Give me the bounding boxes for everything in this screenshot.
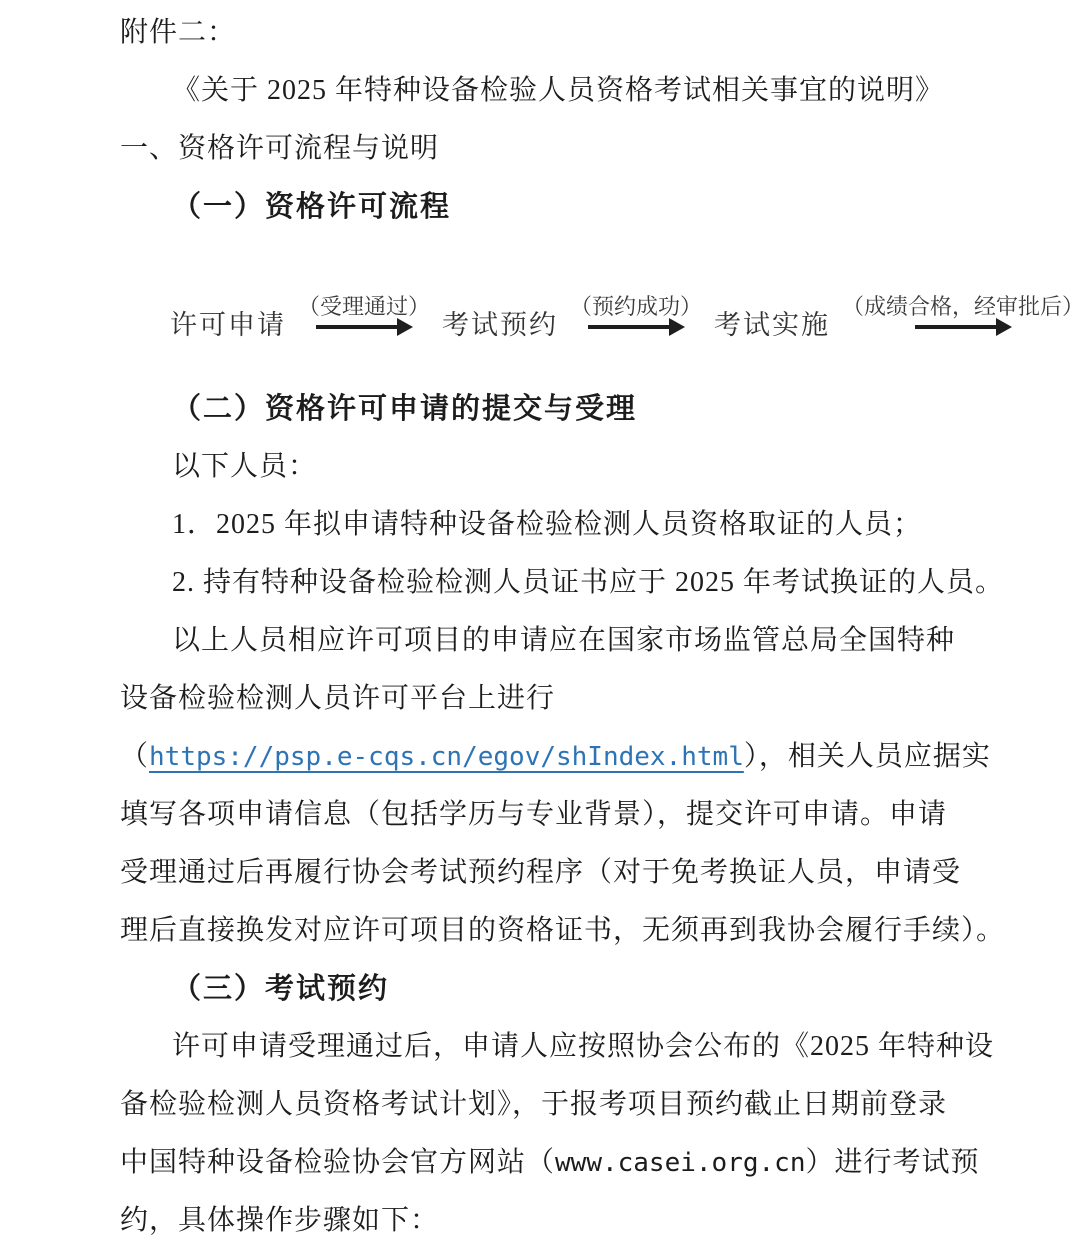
paragraph-3-line-3-prefix: 中国特种设备检验协会官方网站（ [120, 1147, 555, 1178]
paragraph-3-line-2: 备检验检测人员资格考试计划》，于报考项目预约截止日期前登录 [120, 1076, 1008, 1134]
flow-step-3: （成绩合格，经审批后） [842, 294, 1084, 344]
subsection-2-heading: （二）资格许可申请的提交与受理 [120, 380, 1008, 438]
paragraph-2-line-2: 设备检验检测人员许可平台上进行 [120, 670, 1008, 728]
arrow-right-icon [915, 325, 997, 329]
flow-arrow-3-label: （成绩合格，经审批后） [842, 294, 1084, 320]
list-item-2: 2. 持有特种设备检验检测人员证书应于 2025 年考试换证的人员。 [120, 554, 1008, 612]
paragraph-3-line-4: 约，具体操作步骤如下： [120, 1192, 1008, 1248]
subsection-2-intro: 以下人员： [120, 438, 1008, 496]
paragraph-2-line-4: 填写各项申请信息（包括学历与专业背景），提交许可申请。申请 [120, 786, 1008, 844]
document-page: 附件二： 《关于 2025 年特种设备检验人员资格考试相关事宜的说明》 一、资格… [0, 0, 1088, 1248]
qualification-flowchart: 许可申请 （受理通过） 考试预约 （预约成功） 考试实施 （成绩合格，经审批后）… [120, 274, 1008, 344]
list-item-1: 1．2025 年拟申请特种设备检验检测人员资格取证的人员； [120, 496, 1008, 554]
paragraph-3-line-3-suffix: ）进行考试预 [805, 1147, 979, 1178]
flow-arrow-1-label: （受理通过） [298, 294, 430, 320]
flow-step-1: （受理通过） [298, 294, 430, 344]
link-open-paren: （ [120, 741, 149, 772]
section-1-heading: 一、资格许可流程与说明 [120, 120, 1008, 178]
flow-node-exam-booking: 考试预约 [442, 306, 558, 344]
permit-platform-link[interactable]: https://psp.e-cqs.cn/egov/shIndex.html [149, 742, 744, 772]
flow-step-2: （预约成功） [570, 294, 702, 344]
document-title: 《关于 2025 年特种设备检验人员资格考试相关事宜的说明》 [120, 62, 1008, 120]
paragraph-2-line-3: （https://psp.e-cqs.cn/egov/shIndex.html）… [120, 728, 1008, 786]
flow-node-exam-implementation: 考试实施 [714, 306, 830, 344]
subsection-1-heading: （一）资格许可流程 [120, 178, 1008, 236]
paragraph-2-line-3-suffix: ），相关人员应据实 [744, 741, 991, 772]
association-website-text: www.casei.org.cn [555, 1148, 805, 1178]
paragraph-2-line-1: 以上人员相应许可项目的申请应在国家市场监管总局全国特种 [120, 612, 1008, 670]
subsection-3-heading: （三）考试预约 [120, 960, 1008, 1018]
flow-arrow-2-label: （预约成功） [570, 294, 702, 320]
paragraph-3-line-3: 中国特种设备检验协会官方网站（www.casei.org.cn）进行考试预 [120, 1134, 1008, 1192]
paragraph-3-line-1: 许可申请受理通过后，申请人应按照协会公布的《2025 年特种设 [120, 1018, 1008, 1076]
attachment-label: 附件二： [120, 4, 1008, 62]
paragraph-2-line-5: 受理通过后再履行协会考试预约程序（对于免考换证人员，申请受 [120, 844, 1008, 902]
arrow-right-icon [588, 325, 670, 329]
flow-node-license-application: 许可申请 [170, 306, 286, 344]
arrow-right-icon [316, 325, 398, 329]
paragraph-2-line-6: 理后直接换发对应许可项目的资格证书，无须再到我协会履行手续）。 [120, 902, 1008, 960]
